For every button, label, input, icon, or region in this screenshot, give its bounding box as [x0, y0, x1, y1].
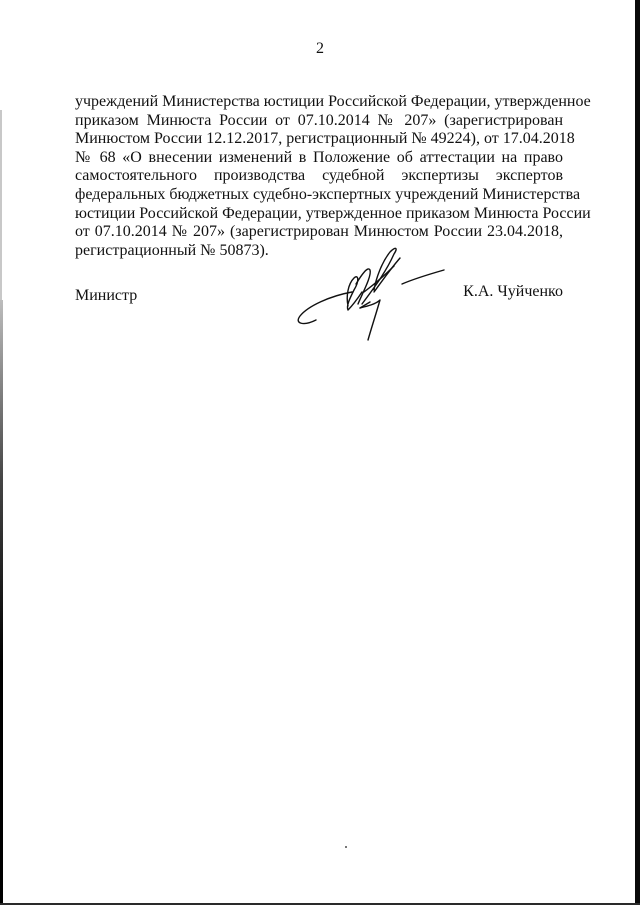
body-line: № 68 «О внесении изменений в Положение о…	[75, 149, 563, 168]
signer-title: Министр	[75, 286, 137, 306]
body-line: приказом Минюста России от 07.10.2014 № …	[75, 112, 563, 131]
page-number: 2	[0, 40, 640, 58]
body-line: Минюстом России 12.12.2017, регистрацион…	[75, 130, 563, 149]
scan-speck	[345, 846, 347, 848]
body-line: учреждений Министерства юстиции Российск…	[75, 93, 563, 112]
scan-border-right	[635, 0, 640, 905]
signer-name: К.А. Чуйченко	[463, 282, 563, 302]
body-line: от 07.10.2014 № 207» (зарегистрирован Ми…	[75, 223, 563, 242]
body-line: юстиции Российской Федерации, утвержденн…	[75, 205, 563, 224]
signature-icon	[290, 244, 450, 344]
body-line: самостоятельного производства судебной э…	[75, 167, 563, 186]
document-page: 2 учреждений Министерства юстиции Россий…	[0, 0, 640, 905]
scan-border-left-top	[0, 110, 2, 300]
body-paragraph: учреждений Министерства юстиции Российск…	[75, 93, 563, 260]
body-line: федеральных бюджетных судебно-экспертных…	[75, 186, 563, 205]
scan-border-left	[0, 300, 3, 905]
